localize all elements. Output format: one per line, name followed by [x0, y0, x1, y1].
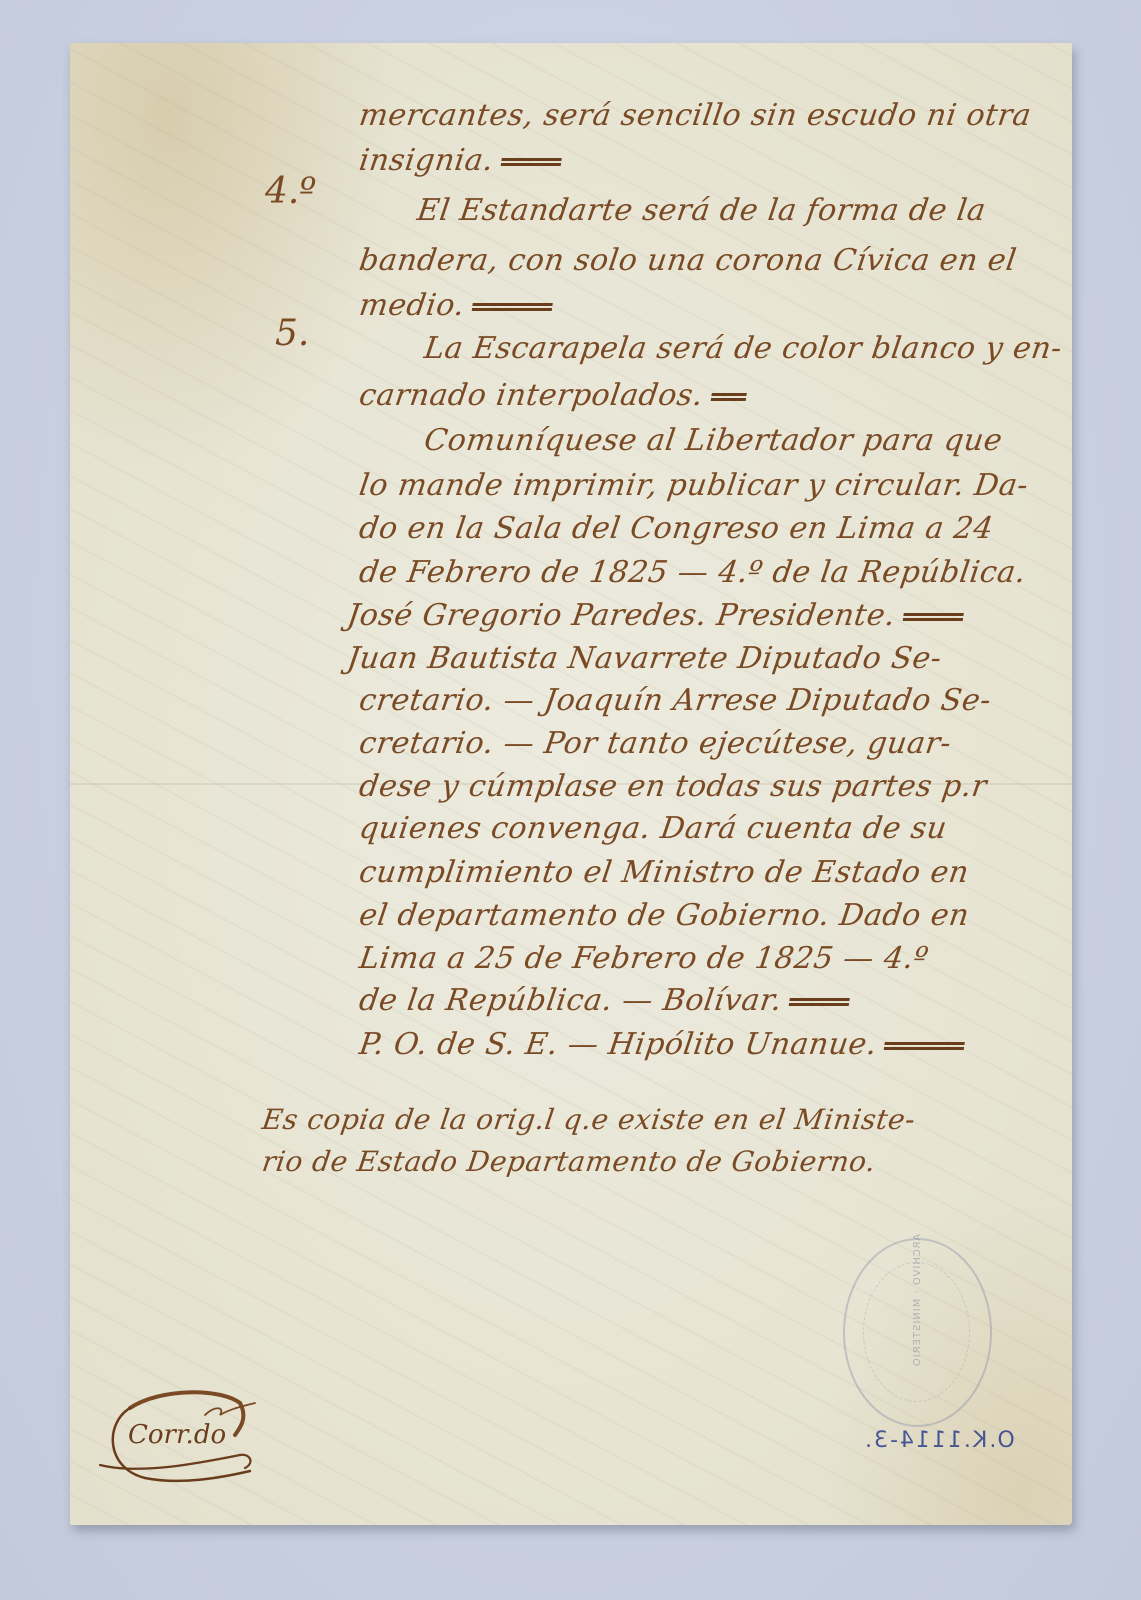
- certification-line-2: rio de Estado Departamento de Gobierno.: [260, 1145, 878, 1178]
- text-segment: de la República. — Bolívar.: [357, 983, 784, 1018]
- double-rule: [501, 158, 562, 166]
- text-line: Juan Bautista Navarrete Diputado Se-: [345, 641, 944, 676]
- manuscript-page: mercantes, será sencillo sin escudo ni o…: [70, 43, 1072, 1525]
- double-rule: [884, 1042, 965, 1050]
- text-line: cretario. — Por tanto ejecútese, guar-: [357, 726, 954, 761]
- catalog-pencil-note: O.K.1114-3.: [863, 1428, 1015, 1453]
- text-line: El Estandarte será de la forma de la: [415, 193, 988, 228]
- double-rule: [902, 613, 963, 621]
- text-segment: carnado interpolados.: [357, 378, 705, 413]
- text-line: José Gregorio Paredes. Presidente.: [345, 598, 966, 633]
- text-line: Lima a 25 de Febrero de 1825 — 4.º: [357, 941, 931, 976]
- text-line: mercantes, será sencillo sin escudo ni o…: [357, 98, 1034, 133]
- text-line: bandera, con solo una corona Cívica en e…: [357, 243, 1019, 278]
- archive-stamp: ARCHIVO · MINISTERIO: [843, 1238, 992, 1427]
- double-rule: [472, 303, 553, 311]
- text-line: carnado interpolados.: [357, 378, 748, 413]
- text-segment: insignia.: [357, 143, 496, 178]
- text-line: dese y cúmplase en todas sus partes p.r: [357, 769, 989, 804]
- signature-flourish-icon: Corr.do: [90, 1383, 260, 1493]
- article-number-4: 4.º: [265, 171, 316, 212]
- text-line: La Escarapela será de color blanco y en-: [422, 331, 1064, 366]
- text-segment: José Gregorio Paredes. Presidente.: [345, 598, 898, 633]
- text-segment: medio.: [357, 288, 467, 323]
- double-rule: [710, 393, 746, 401]
- double-rule: [789, 998, 850, 1006]
- text-line: quienes convenga. Dará cuenta de su: [357, 811, 949, 846]
- text-segment: P. O. de S. E. — Hipólito Unanue.: [357, 1027, 879, 1062]
- signature-text: Corr.do: [128, 1420, 226, 1450]
- text-line: el departamento de Gobierno. Dado en: [357, 898, 971, 933]
- archive-stamp-text: ARCHIVO · MINISTERIO: [912, 1228, 923, 1373]
- text-line: cretario. — Joaquín Arrese Diputado Se-: [357, 683, 993, 718]
- text-line: medio.: [357, 288, 555, 323]
- text-line: P. O. de S. E. — Hipólito Unanue.: [357, 1027, 967, 1062]
- text-line: cumplimiento el Ministro de Estado en: [357, 855, 971, 890]
- text-line: de Febrero de 1825 — 4.º de la República…: [357, 555, 1028, 590]
- article-number-5: 5.: [275, 313, 309, 354]
- text-line: de la República. — Bolívar.: [357, 983, 852, 1018]
- certification-line-1: Es copia de la orig.l q.e existe en el M…: [260, 1103, 918, 1136]
- text-line: lo mande imprimir, publicar y circular. …: [357, 468, 1031, 503]
- text-line: Comuníquese al Libertador para que: [422, 423, 1005, 458]
- text-line: do en la Sala del Congreso en Lima a 24: [357, 511, 996, 546]
- text-line: insignia.: [357, 143, 564, 178]
